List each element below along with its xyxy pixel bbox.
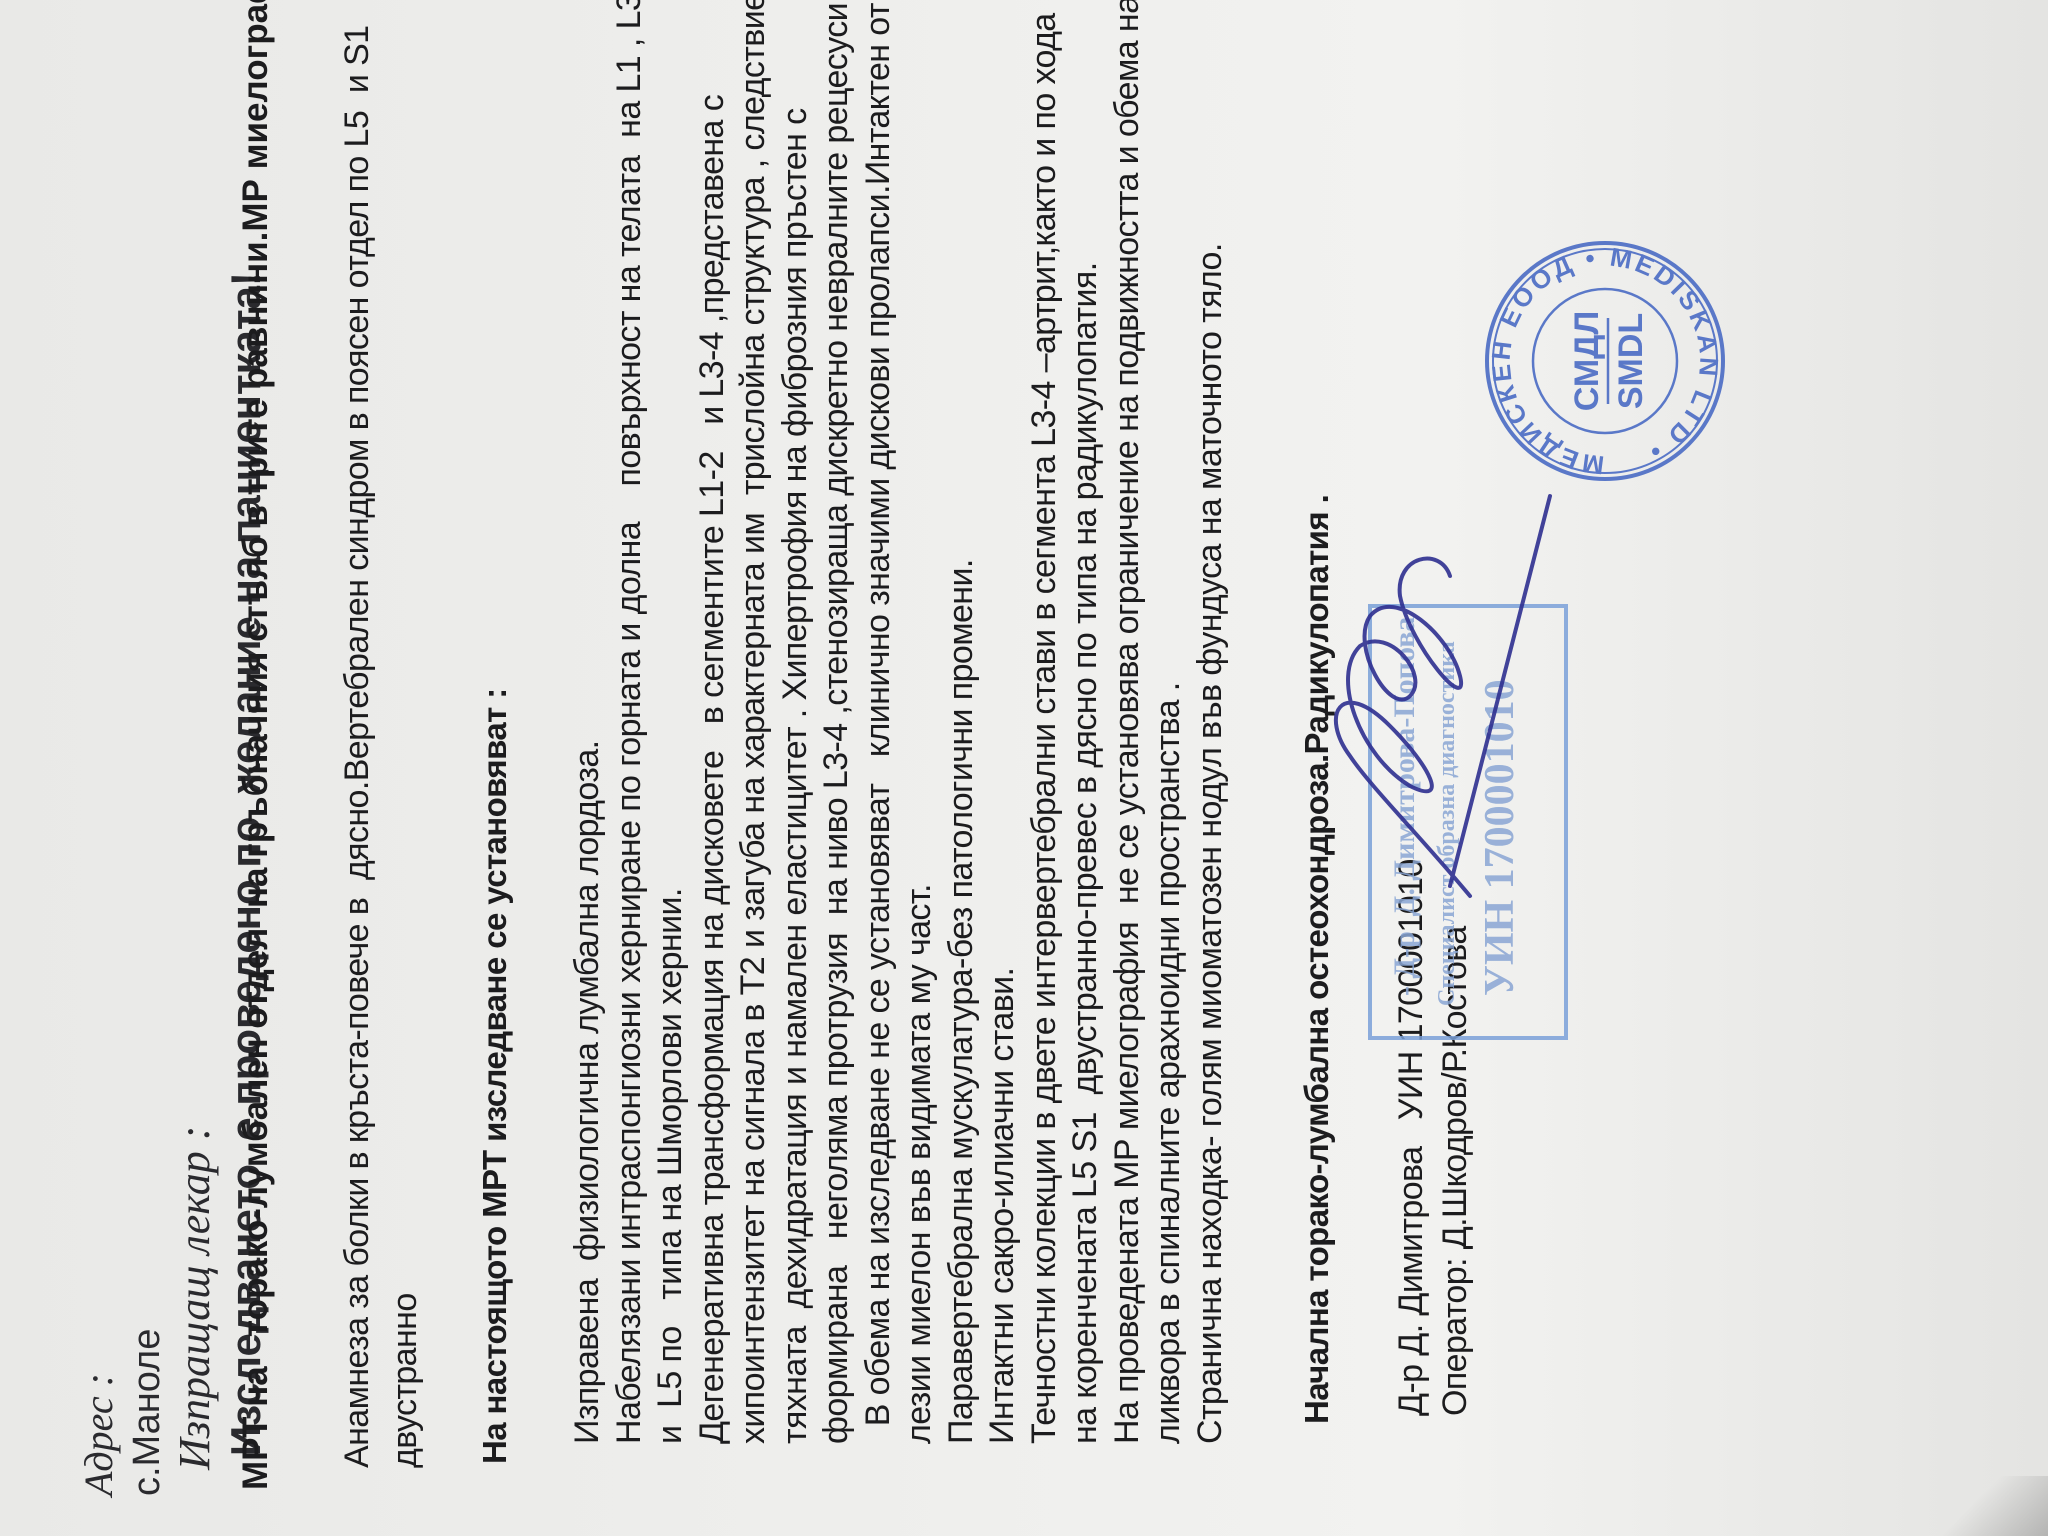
findings-heading: На настоящото МРТ изследване се установя… bbox=[476, 688, 514, 1464]
finding-line: На проведената МР миелография не се уста… bbox=[1108, 0, 1147, 1444]
mri-report-page: Адрес : с.Маноле Изпращащ лекар : Изслед… bbox=[0, 0, 2048, 1536]
handwritten-signature bbox=[1300, 456, 1560, 976]
finding-line: Паравертебрална мускулатура-без патологи… bbox=[942, 559, 981, 1444]
address-label: Адрес : bbox=[76, 1373, 121, 1496]
finding-line: тяхната дехидратация и намален еластицит… bbox=[776, 108, 815, 1444]
anamnesis-line-1: Анамнеза за болки в кръста-повече в дясн… bbox=[338, 26, 377, 1468]
finding-line: хипоинтензитет на сигнала в Т2 и загуба … bbox=[734, 0, 773, 1444]
finding-line: В обема на изследване не се установяват … bbox=[859, 3, 898, 1444]
finding-line: и L5 по типа на Шморлови хернии. bbox=[651, 888, 690, 1444]
finding-line: лезии миелон във видимата му част. bbox=[900, 884, 939, 1444]
exam-title: МРТ на торако-лумбален отдел на гръбначн… bbox=[236, 0, 276, 1490]
finding-line: формирана неголяма протрузия на ниво L3-… bbox=[817, 0, 856, 1444]
finding-line: Изправена физиологична лумбална лордоза. bbox=[568, 741, 607, 1445]
finding-line: Течностни колекции в двете интервертебра… bbox=[1025, 13, 1064, 1444]
clinic-round-stamp: МЕДИСКЕН ЕООД • MEDISKAN LTD • СМДЛ SMDL bbox=[1480, 236, 1730, 486]
referring-doctor-row: Изпращащ лекар : Изследването е проведен… bbox=[118, 272, 322, 1514]
finding-line: Дегенеративна трансформация на дисковете… bbox=[693, 95, 732, 1444]
clinic-stamp-inner-bottom: SMDL bbox=[1612, 313, 1650, 409]
finding-line: ликвора в спиналните арахноидни простран… bbox=[1149, 682, 1188, 1444]
finding-line: Набелязани интраспонгиозни херниране по … bbox=[610, 0, 649, 1444]
anamnesis-line-2: двустранно bbox=[386, 1293, 425, 1468]
finding-line: Странична находка- голям миоматозен ноду… bbox=[1191, 243, 1230, 1444]
referring-label: Изпращащ лекар : bbox=[170, 1126, 219, 1470]
finding-line: на коренчената L5 S1 двустранно-превес в… bbox=[1066, 262, 1105, 1444]
finding-line: Интактни сакро-илиачни стави. bbox=[983, 968, 1022, 1444]
clinic-stamp-inner-top: СМДЛ bbox=[1568, 311, 1606, 412]
